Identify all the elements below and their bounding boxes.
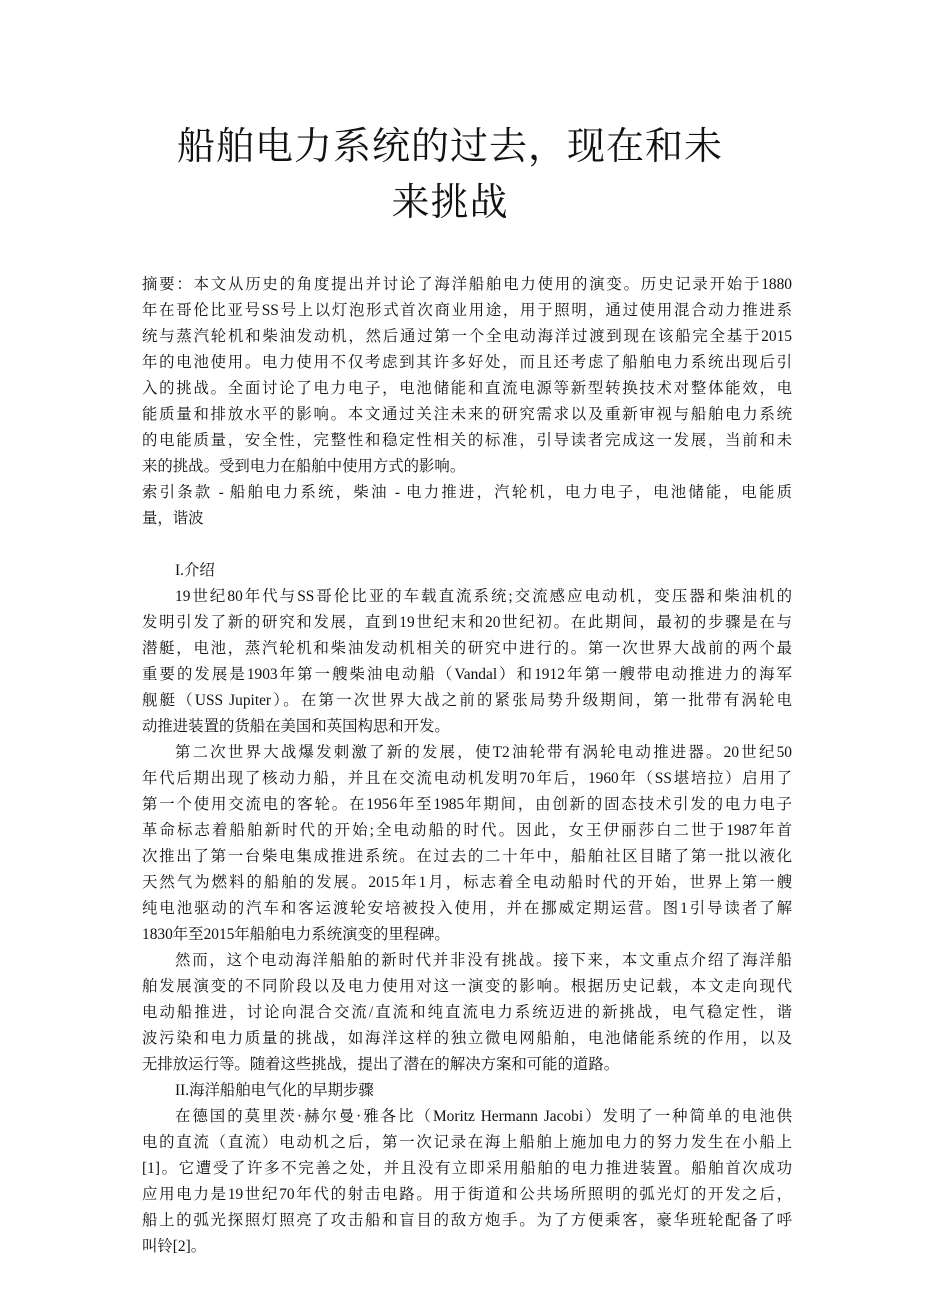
- paragraph-line: 19世纪80年代与SS哥伦比亚的车载直流系统;交流感应电动机，变压器和柴油机的: [142, 584, 792, 610]
- index-terms: 索引条款 - 船舶电力系统，柴油 - 电力推进，汽轮机，电力电子，电池储能，电能…: [142, 480, 792, 532]
- paragraph-line: 纯电池驱动的汽车和客运渡轮安培被投入使用，并在挪威定期运营。图1引导读者了解: [142, 896, 792, 922]
- abstract-line: 的电能质量，安全性，完整性和稳定性相关的标准，引导读者完成这一发展，当前和未: [142, 428, 792, 454]
- section-heading-early-steps: II.海洋船舶电气化的早期步骤: [142, 1078, 792, 1104]
- paragraph-line: 年代后期出现了核动力船，并且在交流电动机发明70年后，1960年（SS堪培拉）启…: [142, 766, 792, 792]
- abstract-line: 年在哥伦比亚号SS号上以灯泡形式首次商业用途，用于照明，通过使用混合动力推进系: [142, 298, 792, 324]
- title-line: 船舶电力系统的过去，现在和未: [150, 118, 750, 174]
- paragraph: 19世纪80年代与SS哥伦比亚的车载直流系统;交流感应电动机，变压器和柴油机的 …: [142, 584, 792, 740]
- abstract-line: 年的电池使用。电力使用不仅考虑到其许多好处，而且还考虑了船舶电力系统出现后引: [142, 350, 792, 376]
- paper-title: 船舶电力系统的过去，现在和未 来挑战: [150, 118, 750, 230]
- index-terms-line: 量，谐波: [142, 506, 792, 532]
- abstract-line: 来的挑战。受到电力在船舶中使用方式的影响。: [142, 454, 792, 480]
- abstract: 摘要：本文从历史的角度提出并讨论了海洋船舶电力使用的演变。历史记录开始于1880…: [142, 272, 792, 480]
- index-terms-line: 索引条款 - 船舶电力系统，柴油 - 电力推进，汽轮机，电力电子，电池储能，电能…: [142, 480, 792, 506]
- paragraph-line: 天然气为燃料的船舶的发展。2015年1月，标志着全电动船时代的开始，世界上第一艘: [142, 870, 792, 896]
- abstract-line: 摘要：本文从历史的角度提出并讨论了海洋船舶电力使用的演变。历史记录开始于1880: [142, 272, 792, 298]
- paragraph-line: 船上的弧光探照灯照亮了攻击船和盲目的敌方炮手。为了方便乘客，豪华班轮配备了呼: [142, 1208, 792, 1234]
- paragraph-line: 第一个使用交流电的客轮。在1956年至1985年期间，由创新的固态技术引发的电力…: [142, 792, 792, 818]
- title-line: 来挑战: [150, 174, 750, 230]
- paragraph-line: 重要的发展是1903年第一艘柴油电动船（Vandal）和1912年第一艘带电动推…: [142, 662, 792, 688]
- paragraph: 然而，这个电动海洋船舶的新时代并非没有挑战。接下来，本文重点介绍了海洋船 舶发展…: [142, 948, 792, 1078]
- paragraph-line: 电的直流（直流）电动机之后，第一次记录在海上船舶上施加电力的努力发生在小船上: [142, 1130, 792, 1156]
- paragraph-line: 发明引发了新的研究和发展，直到19世纪末和20世纪初。在此期间，最初的步骤是在与: [142, 610, 792, 636]
- paragraph-line: 潜艇，电池，蒸汽轮机和柴油发动机相关的研究中进行的。第一次世界大战前的两个最: [142, 636, 792, 662]
- paragraph-line: 波污染和电力质量的挑战，如海洋这样的独立微电网船舶，电池储能系统的作用，以及: [142, 1026, 792, 1052]
- paragraph-line: 电动船推进，讨论向混合交流/直流和纯直流电力系统迈进的新挑战，电气稳定性，谐: [142, 1000, 792, 1026]
- paragraph: 在德国的莫里茨·赫尔曼·雅各比（Moritz Hermann Jacobi）发明…: [142, 1104, 792, 1260]
- paragraph-line: 无排放运行等。随着这些挑战，提出了潜在的解决方案和可能的道路。: [142, 1052, 792, 1078]
- paragraph-line: 1830年至2015年船舶电力系统演变的里程碑。: [142, 922, 792, 948]
- paragraph-line: 次推出了第一台柴电集成推进系统。在过去的二十年中，船舶社区目睹了第一批以液化: [142, 844, 792, 870]
- abstract-line: 入的挑战。全面讨论了电力电子，电池储能和直流电源等新型转换技术对整体能效，电: [142, 376, 792, 402]
- paragraph-line: [1]。它遭受了许多不完善之处，并且没有立即采用船舶的电力推进装置。船舶首次成功: [142, 1156, 792, 1182]
- section-heading-introduction: I.介绍: [142, 558, 792, 584]
- paragraph-line: 然而，这个电动海洋船舶的新时代并非没有挑战。接下来，本文重点介绍了海洋船: [142, 948, 792, 974]
- abstract-line: 统与蒸汽轮机和柴油发动机，然后通过第一个全电动海洋过渡到现在该船完全基于2015: [142, 324, 792, 350]
- document-page: 船舶电力系统的过去，现在和未 来挑战 摘要：本文从历史的角度提出并讨论了海洋船舶…: [0, 0, 926, 1309]
- spacer: [142, 532, 792, 558]
- paragraph-line: 动推进装置的货船在美国和英国构思和开发。: [142, 714, 792, 740]
- abstract-line: 能质量和排放水平的影响。本文通过关注未来的研究需求以及重新审视与船舶电力系统: [142, 402, 792, 428]
- paper-body: 摘要：本文从历史的角度提出并讨论了海洋船舶电力使用的演变。历史记录开始于1880…: [142, 272, 792, 1260]
- paragraph-line: 叫铃[2]。: [142, 1234, 792, 1260]
- paragraph-line: 舰艇（USS Jupiter）。在第一次世界大战之前的紧张局势升级期间，第一批带…: [142, 688, 792, 714]
- paragraph-line: 舶发展演变的不同阶段以及电力使用对这一演变的影响。根据历史记载，本文走向现代: [142, 974, 792, 1000]
- paragraph-line: 革命标志着船舶新时代的开始;全电动船的时代。因此，女王伊丽莎白二世于1987年首: [142, 818, 792, 844]
- paragraph-line: 应用电力是19世纪70年代的射击电路。用于街道和公共场所照明的弧光灯的开发之后，: [142, 1182, 792, 1208]
- paragraph-line: 在德国的莫里茨·赫尔曼·雅各比（Moritz Hermann Jacobi）发明…: [142, 1104, 792, 1130]
- paragraph-line: 第二次世界大战爆发刺激了新的发展，使T2油轮带有涡轮电动推进器。20世纪50: [142, 740, 792, 766]
- paragraph: 第二次世界大战爆发刺激了新的发展，使T2油轮带有涡轮电动推进器。20世纪50 年…: [142, 740, 792, 948]
